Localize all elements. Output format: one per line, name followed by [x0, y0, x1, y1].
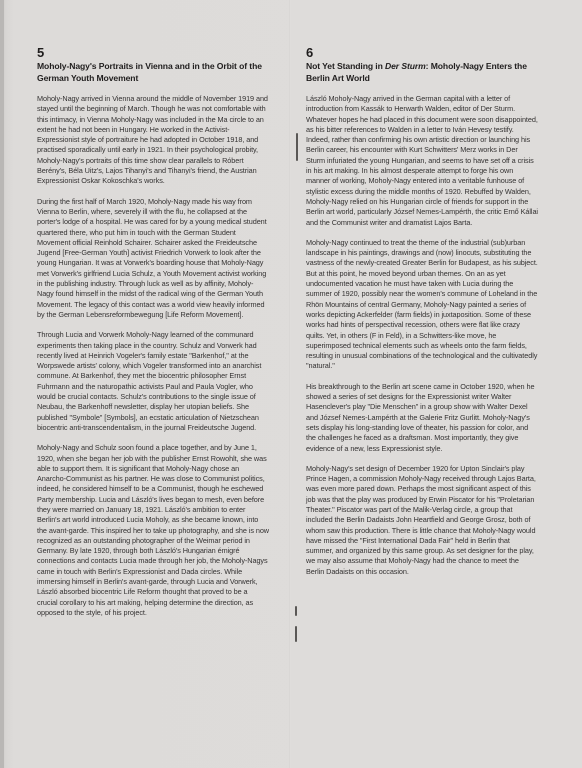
paragraph: Moholy-Nagy arrived in Vienna around the…: [37, 94, 269, 187]
chapter-title-prefix: Not Yet Standing in: [306, 61, 385, 71]
left-page: 5 Moholy-Nagy's Portraits in Vienna and …: [37, 46, 269, 628]
staple-top: [296, 133, 298, 161]
paragraph: Through Lucia and Vorwerk Moholy-Nagy le…: [37, 330, 269, 433]
paragraph: Moholy-Nagy's set design of December 192…: [306, 464, 538, 577]
book-spread: 5 Moholy-Nagy's Portraits in Vienna and …: [0, 0, 582, 768]
chapter-number: 6: [306, 46, 538, 60]
staple-bottom-upper: [295, 606, 297, 616]
paragraph: László Moholy-Nagy arrived in the German…: [306, 94, 538, 228]
chapter-number: 5: [37, 46, 269, 60]
paragraph: During the first half of March 1920, Moh…: [37, 197, 269, 321]
paragraph: Moholy-Nagy and Schulz soon found a plac…: [37, 443, 269, 618]
right-page: 6 Not Yet Standing in Der Sturm: Moholy-…: [306, 46, 538, 587]
chapter-title-italic: Der Sturm: [385, 61, 426, 71]
center-fold: [289, 0, 291, 768]
chapter-title: Not Yet Standing in Der Sturm: Moholy-Na…: [306, 61, 538, 84]
staple-bottom-lower: [295, 626, 297, 642]
paragraph: His breakthrough to the Berlin art scene…: [306, 382, 538, 454]
chapter-title: Moholy-Nagy's Portraits in Vienna and in…: [37, 61, 269, 84]
paragraph: Moholy-Nagy continued to treat the theme…: [306, 238, 538, 372]
page-edge-left: [0, 0, 4, 768]
